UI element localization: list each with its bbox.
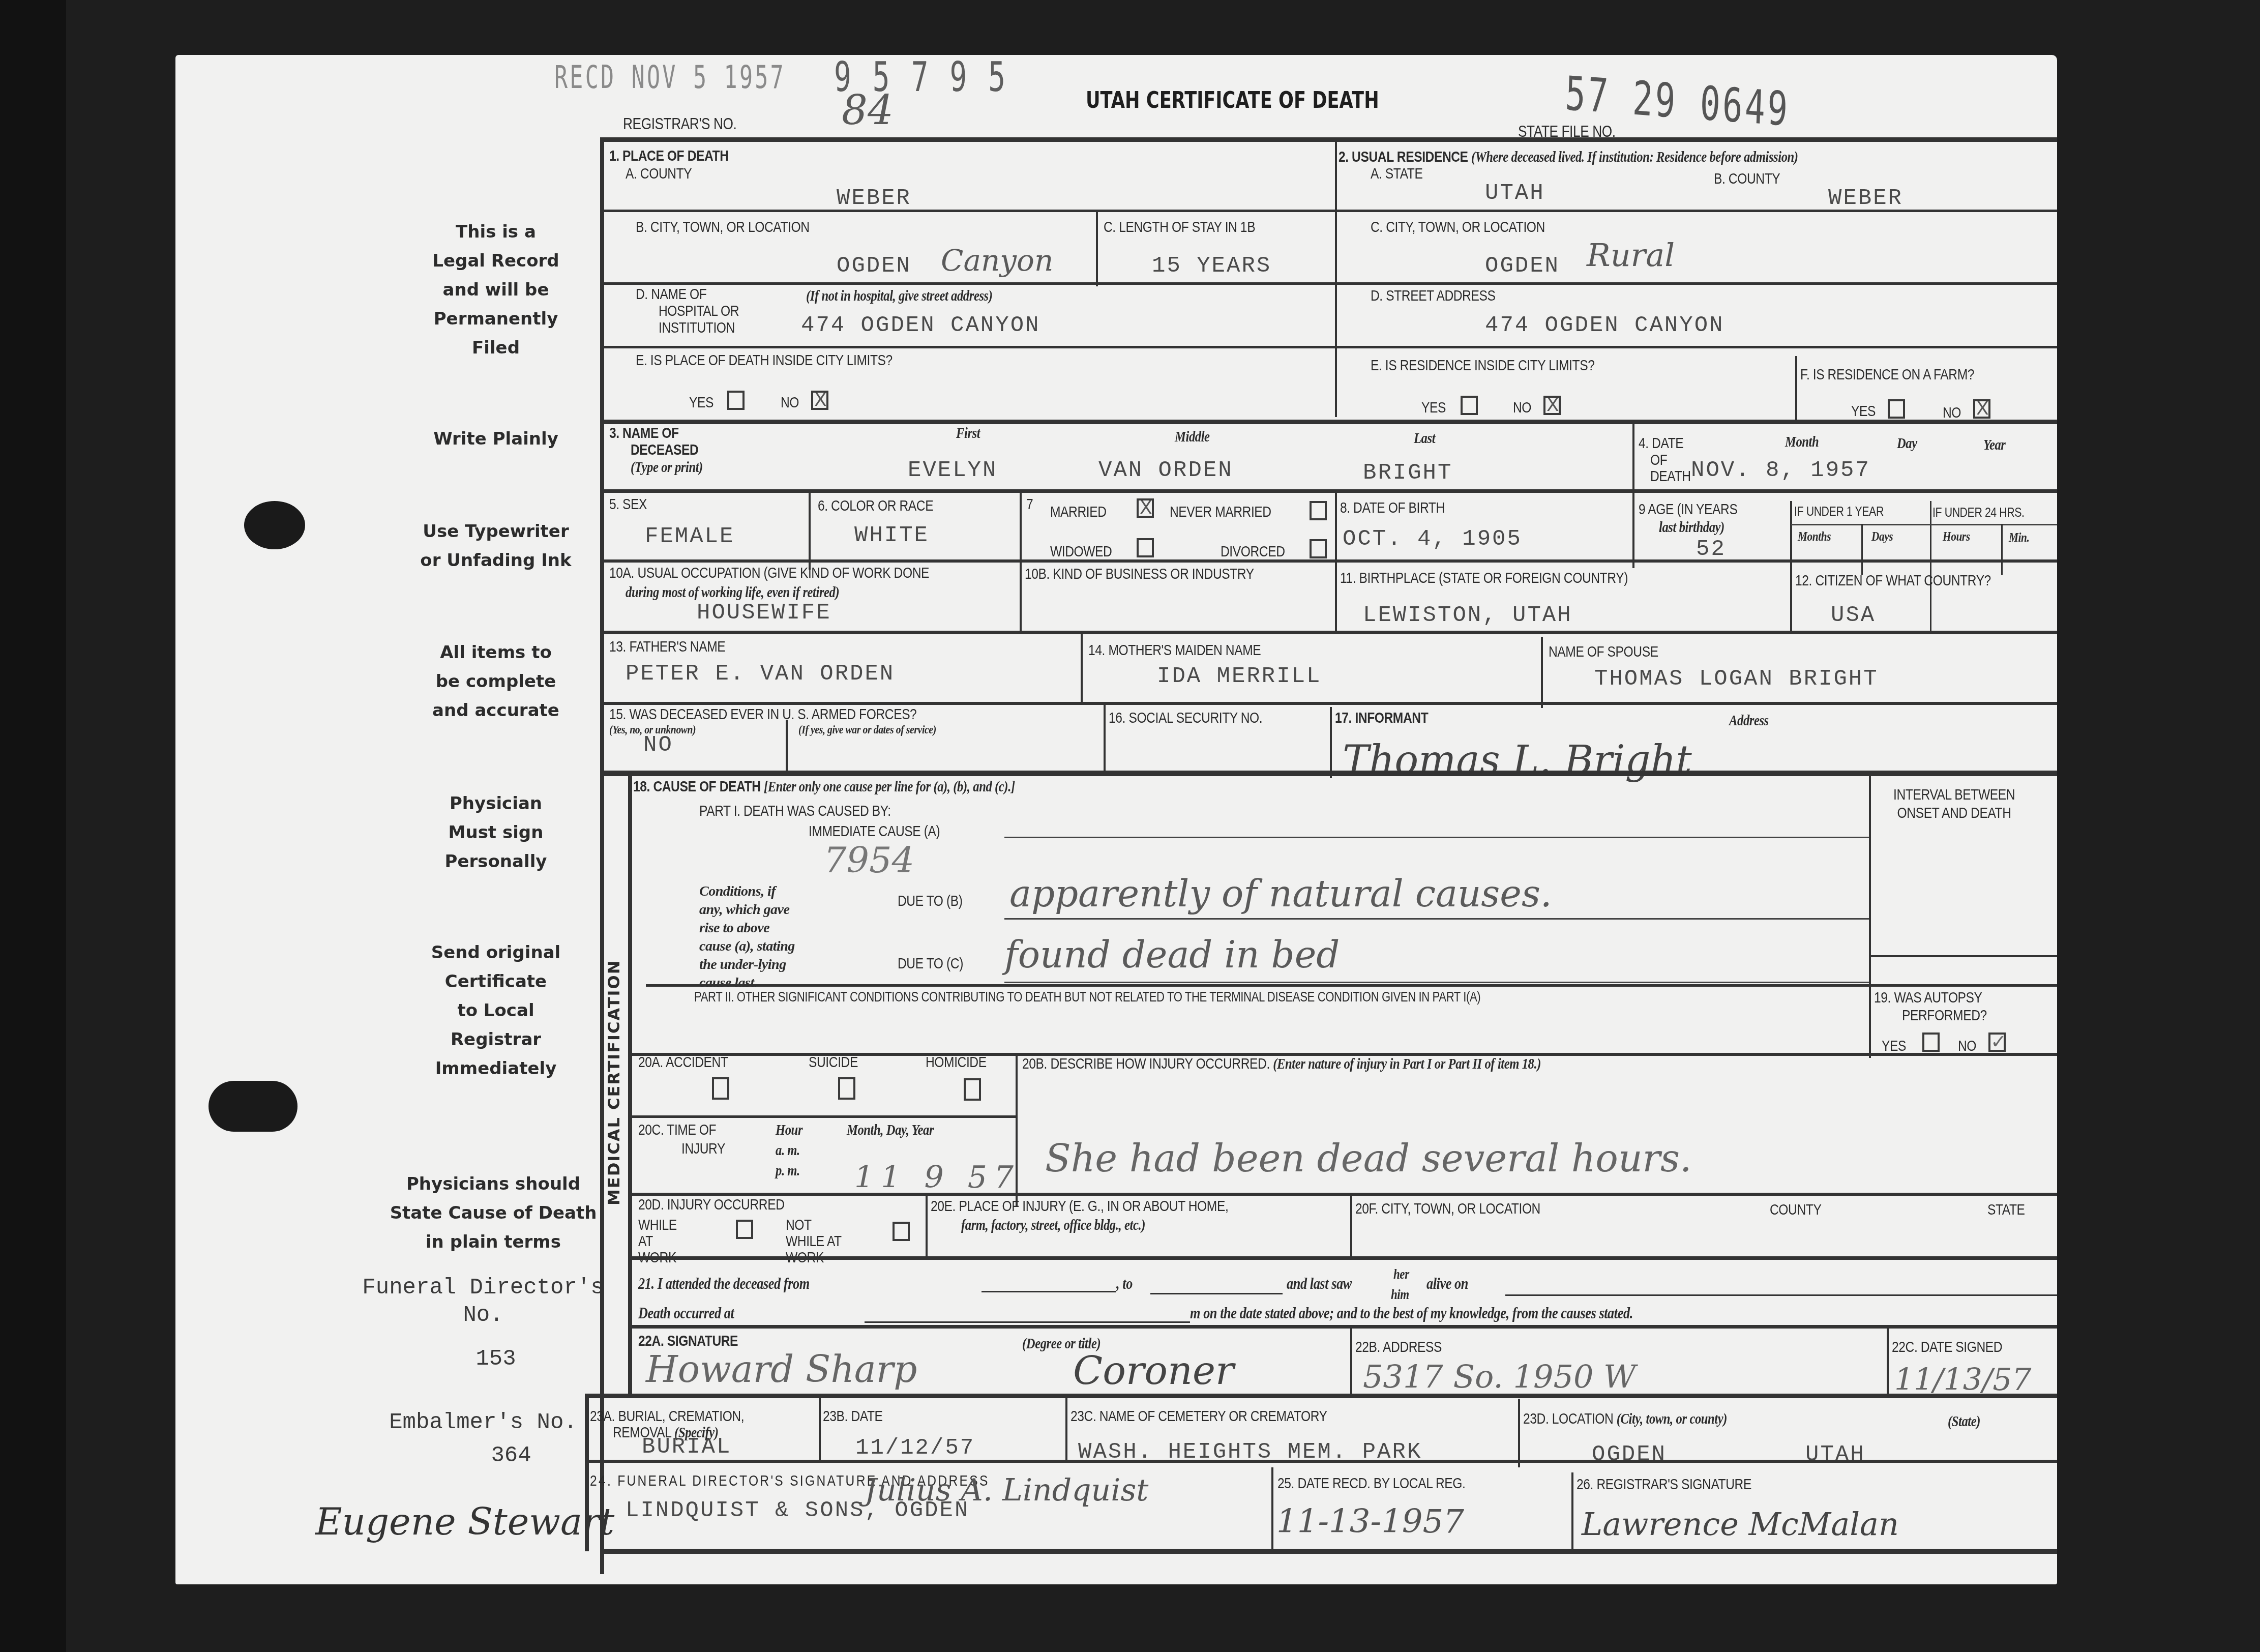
due-to-c-line [1004,982,1869,983]
embalmer-no: 364 [389,1442,633,1469]
him-label: him [1391,1287,1409,1303]
informant-signature: Thomas L. Bright [1343,737,1692,783]
divider-5-6 [809,491,811,570]
ssn-label: 16. SOCIAL SECURITY NO. [1109,710,1262,727]
immediate-cause-line [1004,837,1869,838]
spouse-label: NAME OF SPOUSE [1549,643,1658,661]
row-divider-20c [631,1115,1017,1118]
punch-hole-top [244,501,305,549]
due-to-b-label: DUE TO (b) [898,893,963,910]
dob-label: 8. DATE OF BIRTH [1340,499,1445,517]
father-label: 13. FATHER'S NAME [609,638,725,656]
pod-hospital-value: 474 OGDEN CANYON [801,313,1040,338]
hours-label: Hours [1943,529,1970,544]
injury-county-label: COUNTY [1770,1201,1821,1219]
divorced-checkbox[interactable] [1310,539,1327,558]
suicide-label: SUICIDE [809,1054,858,1071]
pod-city-value: OGDEN [837,253,911,279]
injury-occurred-label: 20d. INJURY OCCURRED [638,1196,785,1214]
autopsy-no-checkbox[interactable] [1988,1032,2006,1052]
while-at-work-checkbox[interactable] [736,1220,753,1239]
middle-name-label: Middle [1175,428,1210,446]
attended-to-line [1150,1293,1283,1294]
row-divider-13 [600,631,2057,634]
dod-label-1: 4. DATE [1639,435,1683,452]
res-city-label: c. CITY, TOWN, OR LOCATION [1371,219,1545,236]
due-to-c-label: DUE TO (c) [898,955,963,972]
last-name-value: BRIGHT [1363,460,1452,486]
divider-months-days [1861,524,1863,575]
burial-date-label: 23b. DATE [823,1408,883,1425]
row-divider-20d [631,1193,2057,1196]
medical-certification-label: MEDICAL CERTIFICATION [604,960,623,1205]
dod-label-3: DEATH [1650,468,1691,485]
funeral-director-no: 153 [374,1345,618,1373]
pod-hospital-label-3: INSTITUTION [659,319,735,337]
attended-text-1: 21. I attended the deceased from [638,1274,810,1293]
attended-text-4: alive on [1426,1274,1468,1293]
autopsy-yes-label: YES [1882,1038,1906,1055]
pod-stay-value: 15 YEARS [1152,253,1271,279]
res-city-value: OGDEN [1485,253,1560,279]
pod-city-handwritten: Canyon [941,243,1053,278]
res-farm-no-checkbox[interactable] [1973,399,1990,419]
dod-label-2: OF [1650,452,1667,469]
due-to-b-value: apparently of natural causes. [1009,872,1552,915]
under-1-year-label: IF UNDER 1 YEAR [1794,504,1884,519]
res-county-value: WEBER [1828,186,1903,211]
pod-hospital-label-2: HOSPITAL OR [659,303,739,320]
sex-value: FEMALE [645,524,734,549]
place-injury-label-1: 20e. PLACE OF INJURY (e. g., in or about… [931,1198,1228,1215]
burial-left-border [585,1394,589,1551]
row-divider-15 [600,702,2057,705]
pod-no-label: NO [781,394,799,411]
margin-note-legal-record: This is aLegal Recordand will bePermanen… [374,218,618,363]
birthplace-label: 11. BIRTHPLACE (State or foreign country… [1340,570,1628,587]
mother-value: IDA MERRILL [1157,664,1321,689]
res-street-label: d. STREET ADDRESS [1371,287,1495,305]
row-divider-3 [600,420,2057,424]
armed-forces-hint-2: (If yes, give war or dates of service) [798,723,936,737]
row-divider-1d [600,282,2057,285]
pod-city-limits-yes-checkbox[interactable] [727,391,745,410]
death-occurred-2: m on the date stated above; and to the b… [1190,1304,1633,1322]
burial-date-value: 11/12/57 [855,1435,975,1461]
conditions-note: Conditions, if any, which gave rise to a… [699,882,796,992]
divorced-label: DIVORCED [1221,543,1285,560]
under-divider [1791,524,2057,525]
part1-label: PART I. DEATH WAS CAUSED BY: [699,803,891,820]
pod-hospital-label-1: d. NAME OF [636,286,706,303]
divider-2e-2f [1795,356,1797,422]
first-name-label: First [956,425,980,442]
interval-column-divider [1869,776,1871,1058]
pod-county-label: a. COUNTY [626,165,692,183]
accident-checkbox[interactable] [712,1077,729,1100]
medical-inner-border [628,773,632,1394]
time-injury-label-2: INJURY [681,1140,725,1158]
birthplace-value: LEWISTON, UTAH [1363,603,1572,628]
pod-stay-label: c. LENGTH OF STAY IN 1b [1104,219,1255,236]
date-of-death-value: NOV. 8, 1957 [1691,458,1870,483]
date-signed-value: 11/13/57 [1894,1362,2031,1398]
autopsy-no-label: NO [1958,1038,1976,1055]
signature-label: 22a. SIGNATURE [638,1333,738,1350]
farm-no-label: NO [1943,404,1961,422]
margin-note-send-original: Send originalCertificateto LocalRegistra… [374,938,618,1083]
occupation-label-1: 10a. USUAL OCCUPATION (Give kind of work… [609,565,929,582]
received-stamp: RECD NOV 5 1957 [554,58,786,96]
margin-note-physician-sign: PhysicianMust signPersonally [374,789,618,876]
never-married-checkbox[interactable] [1310,501,1327,520]
margin-note-physicians-should: Physicians shouldState Cause of Deathin … [366,1170,620,1257]
due-to-b-line [1004,918,1869,920]
divider-11-12 [1790,562,1792,633]
date-recd-label: 25. DATE RECD. BY LOCAL REG. [1277,1475,1465,1492]
place-of-death-label: 1. PLACE OF DEATH [609,147,728,165]
res-state-label: a. STATE [1371,165,1422,183]
part2-label: PART II. OTHER SIGNIFICANT CONDITIONS CO… [694,989,1480,1005]
pod-city-limits-label: e. IS PLACE OF DEATH INSIDE CITY LIMITS? [636,352,893,369]
row-divider-18 [600,771,2057,776]
row-divider-1e [600,346,2057,348]
divider-13-14 [1081,633,1083,704]
res-state-value: UTAH [1485,181,1545,206]
occupation-value: HOUSEWIFE [697,600,831,626]
physician-signature: Howard Sharp [646,1348,917,1391]
divider-20d-20e [926,1195,928,1259]
age-label-1: 9 AGE (In years [1639,501,1737,518]
citizen-label: 12. CITIZEN OF WHAT COUNTRY? [1795,572,1991,589]
disposition-label-1: 23a. BURIAL, CREMATION, [590,1408,744,1425]
autopsy-yes-checkbox[interactable] [1922,1032,1940,1052]
divider-14-spouse [1541,637,1543,708]
immediate-cause-label: IMMEDIATE CAUSE (a) [809,823,940,840]
location-city-value: OGDEN [1592,1442,1667,1467]
res-county-label: b. COUNTY [1714,170,1780,188]
informant-address-label: Address [1729,712,1769,729]
location-state-label: (State) [1948,1413,1980,1430]
form-left-border [600,137,604,1574]
divider-25-26 [1571,1472,1573,1554]
res-city-limits-no-checkbox[interactable] [1543,396,1561,415]
father-value: PETER E. VAN ORDEN [626,661,895,687]
her-label: her [1393,1266,1409,1283]
time-injury-label-1: 20c. TIME OF [638,1122,716,1139]
res-farm-yes-checkbox[interactable] [1888,399,1905,419]
pod-hospital-hint: (If not in hospital, give street address… [806,287,993,305]
divider-3-4 [1632,423,1634,568]
race-label: 6. COLOR OR RACE [818,497,933,515]
registrar-signature-label: 26. REGISTRAR'S SIGNATURE [1577,1476,1751,1493]
divider-1b-1c [1096,211,1098,286]
divider-15-16 [1104,704,1106,776]
embalmer-no-label: Embalmer's No. [361,1409,605,1436]
hour-label: Hour [776,1122,802,1139]
pod-yes-label: YES [689,394,713,411]
divider-16-17 [1330,707,1332,778]
row-divider-10 [600,559,2057,563]
dod-year-label: Year [1983,436,2005,454]
death-occurred-1: Death occurred at [638,1304,734,1322]
margin-note-write-plainly: Write Plainly [374,425,618,454]
row-divider-5 [600,489,2057,493]
res-farm-label: f. IS RESIDENCE ON A FARM? [1800,366,1974,383]
res-city-limits-yes-checkbox[interactable] [1461,396,1478,415]
mdy-label: Month, Day, Year [847,1122,934,1139]
dod-day-label: Day [1897,435,1917,452]
divider-22b-22c [1887,1329,1889,1395]
first-name-value: EVELYN [908,458,997,483]
sex-label: 5. SEX [609,496,647,513]
injury-city-label: 20f. CITY, TOWN, OR LOCATION [1355,1200,1540,1218]
row-divider-21 [631,1256,2057,1260]
address-label: 22b. ADDRESS [1355,1339,1442,1356]
suicide-checkbox[interactable] [838,1077,855,1100]
under-24-hrs-label: IF UNDER 24 HRS. [1932,505,2025,520]
physician-address: 5317 So. 1950 W [1363,1358,1636,1395]
divider-20e-20f [1350,1195,1352,1259]
divider-hours-min [2001,524,2003,575]
divider-23c-23d [1518,1399,1520,1467]
never-married-label: NEVER MARRIED [1170,504,1271,521]
race-value: WHITE [854,523,929,548]
min-label: Min. [2009,530,2029,545]
autopsy-label-2: PERFORMED? [1902,1007,1987,1024]
divider-22a-22b [1350,1329,1352,1395]
pm-label: p. m. [776,1162,800,1179]
name-label-2: DECEASED [631,441,698,459]
autopsy-label-1: 19. WAS AUTOPSY [1874,989,1982,1007]
injury-describe-value: She had been dead several hours. [1045,1137,1691,1181]
last-name-label: Last [1414,430,1435,447]
age-value: 52 [1696,537,1726,562]
place-injury-label-2: farm, factory, street, office bldg., etc… [961,1217,1145,1234]
autopsy-divider [1869,955,2057,957]
homicide-label: HOMICIDE [926,1054,987,1071]
informant-label: 17. INFORMANT [1335,710,1428,727]
married-checkbox[interactable] [1137,498,1154,518]
am-label: a. m. [776,1142,800,1159]
armed-forces-value: NO [643,732,673,758]
name-label-1: 3. NAME OF [609,425,679,442]
divider-24-25 [1271,1467,1273,1551]
disposition-value: BURIAL [642,1434,731,1460]
funeral-director-no-label: Funeral Director's No. [361,1274,605,1329]
res-street-value: 474 OGDEN CANYON [1485,313,1724,338]
widowed-checkbox[interactable] [1137,538,1154,557]
punch-hole-bottom [209,1081,298,1132]
middle-name-value: VAN ORDEN [1098,458,1233,483]
pod-county-value: WEBER [837,186,911,211]
interval-label: INTERVAL BETWEENONSET AND DEATH [1879,786,2029,822]
date-recd-value: 11-13-1957 [1276,1503,1464,1541]
part2-divider [646,984,2057,987]
name-label-3: (Type or print) [631,459,703,476]
age-label-2: last birthday) [1659,519,1724,536]
occupation-label-2: during most of working life, even if ret… [626,584,839,601]
death-time-line [865,1321,1190,1323]
registrar-signature: Lawrence McMalan [1582,1506,1899,1543]
margin-note-complete: All items tobe completeand accurate [374,638,618,725]
row-divider-22 [631,1325,2057,1329]
dod-month-label: Month [1785,433,1819,451]
location-label: 23d. LOCATION (City, town, or county) [1523,1410,1727,1428]
margin-signature: Eugene Stewart [315,1500,614,1543]
res-no-label: NO [1513,399,1531,417]
margin-note-typewriter: Use Typewriteror Unfading Ink [374,517,618,575]
attended-text-2: , to [1116,1274,1133,1293]
married-label: MARRIED [1050,504,1107,521]
cemetery-label: 23c. NAME OF CEMETERY OR CREMATORY [1070,1408,1327,1425]
dob-value: OCT. 4, 1905 [1343,526,1522,552]
usual-residence-label: 2. USUAL RESIDENCE (Where deceased lived… [1339,149,1798,166]
divider-under-1-24 [1930,501,1931,633]
farm-yes-label: YES [1851,403,1876,420]
registrars-no-value: 84 [842,86,894,134]
divider-15a-15b [786,720,788,771]
due-to-c-value: found dead in bed [1004,933,1340,976]
homicide-checkbox[interactable] [964,1078,981,1101]
marital-num: 7 [1026,496,1033,513]
not-while-checkbox[interactable] [893,1222,910,1241]
divider-23b-23c [1065,1396,1067,1462]
res-city-limits-label: e. IS RESIDENCE INSIDE CITY LIMITS? [1371,357,1594,374]
injury-describe-label: 20b. DESCRIBE HOW INJURY OCCURRED. (Ente… [1022,1055,1541,1073]
accident-label: 20a. ACCIDENT [638,1054,728,1071]
res-city-handwritten: Rural [1587,237,1675,274]
binder-strip [0,0,66,1652]
spouse-value: THOMAS LOGAN BRIGHT [1594,666,1879,692]
row-divider-23 [585,1394,2057,1398]
certificate-title: UTAH CERTIFICATE OF DEATH [1086,87,1379,113]
days-label: Days [1871,529,1893,544]
physician-degree: Coroner [1073,1348,1234,1393]
pod-city-limits-no-checkbox[interactable] [811,391,828,410]
form-top-border [600,137,2057,142]
alive-on-line [1505,1294,2057,1296]
attended-text-3: and last saw [1287,1274,1352,1293]
injury-state-label: STATE [1987,1201,2025,1219]
mother-label: 14. MOTHER'S MAIDEN NAME [1088,642,1261,659]
months-label: Months [1798,529,1831,544]
res-yes-label: YES [1421,399,1446,417]
row-divider-24 [585,1460,2057,1463]
widowed-label: WIDOWED [1050,543,1112,560]
margin-annotation: 7954 [824,839,914,881]
row-divider-1b [600,210,2057,212]
citizen-value: USA [1831,603,1876,628]
business-label: 10b. KIND OF BUSINESS OR INDUSTRY [1025,566,1254,583]
cause-of-death-label: 18. CAUSE OF DEATH [Enter only one cause… [633,778,1015,795]
form-bottom-border [600,1549,2057,1554]
attended-from-line [982,1291,1116,1292]
time-of-injury-value: 11 9 57 [854,1160,1021,1195]
armed-forces-label: 15. WAS DECEASED EVER IN U. S. ARMED FOR… [609,706,916,723]
date-signed-label: 22c. DATE SIGNED [1892,1339,2002,1356]
location-state-value: UTAH [1805,1442,1865,1467]
funeral-director-signature: Julius A. Lindquist [865,1472,1148,1508]
pod-city-label: b. CITY, TOWN, OR LOCATION [636,219,810,236]
divider-sec1-sec2 [1335,140,1337,417]
divider-23a-23b [819,1396,821,1462]
registrars-no-label: REGISTRAR'S NO. [623,114,736,133]
